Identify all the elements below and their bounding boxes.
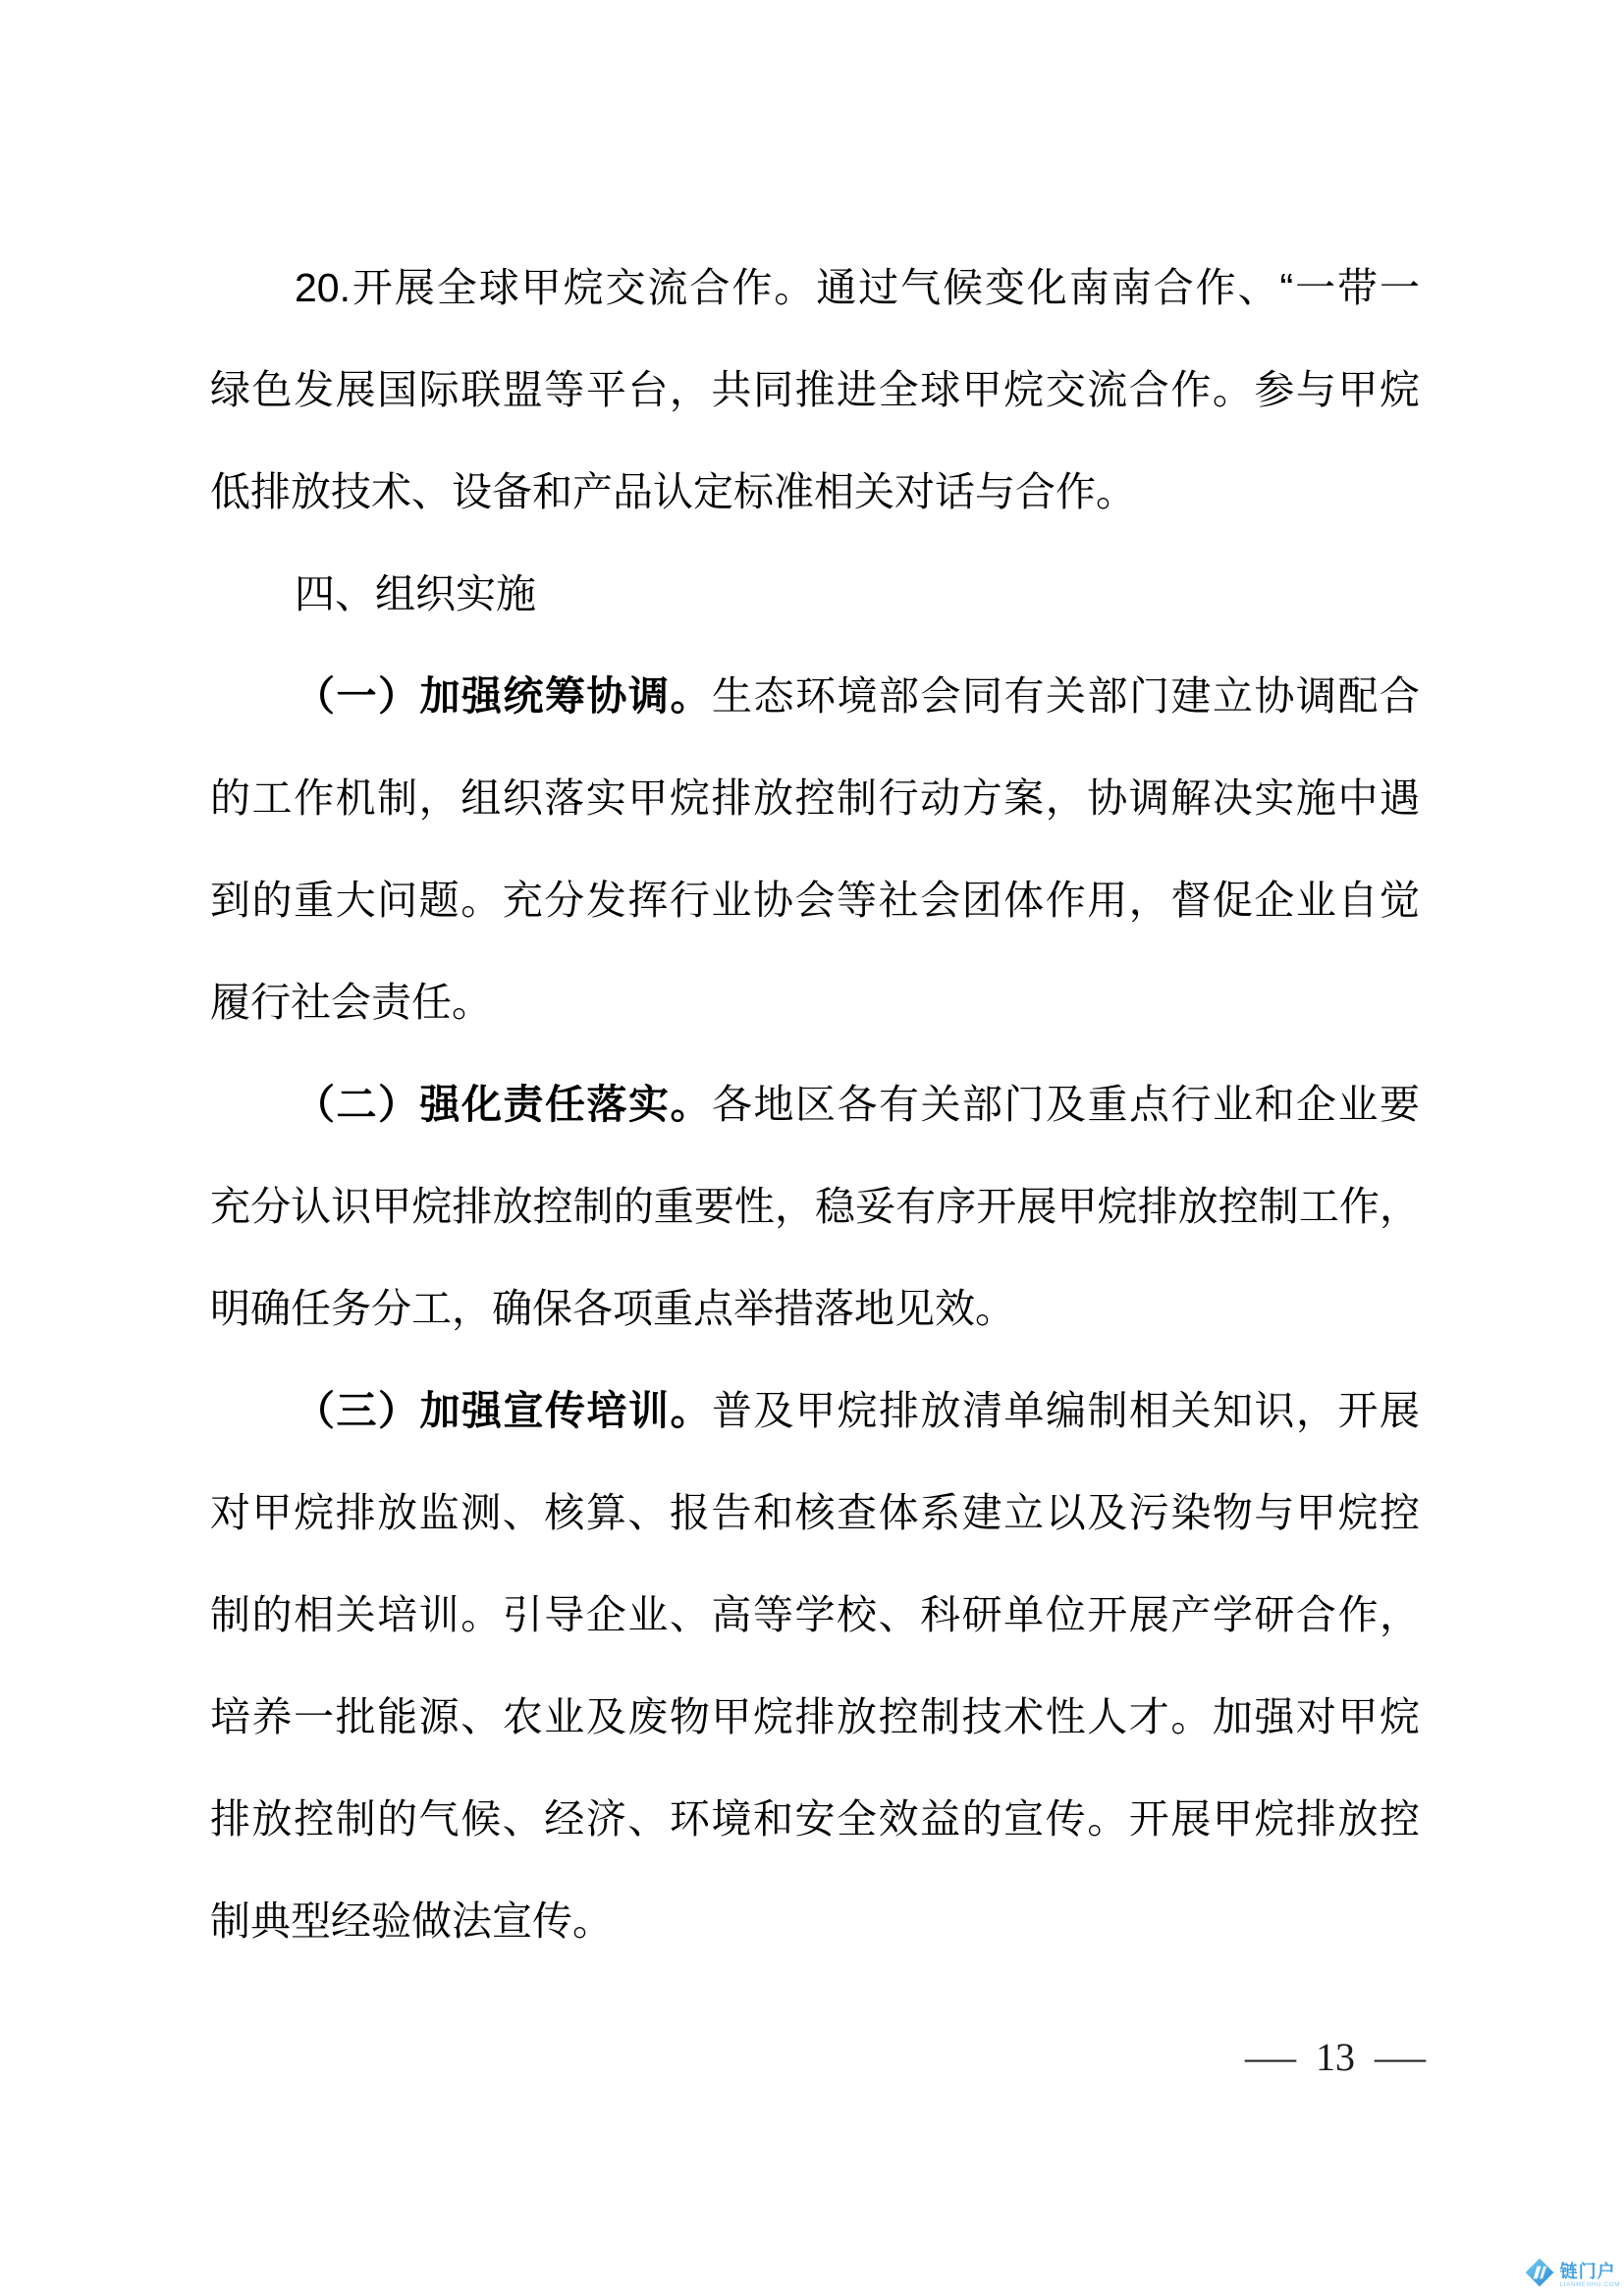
text-line: 制典型经验做法宣传。 [210,1870,1420,1972]
text-line: （三）加强宣传培训。普及甲烷排放清单编制相关知识，开展 [210,1360,1420,1462]
text-line: 排放控制的气候、经济、环境和安全效益的宣传。开展甲烷排放控 [210,1768,1420,1870]
text-line: （一）加强统筹协调。生态环境部会同有关部门建立协调配合 [210,645,1420,747]
text-run: 绿色发展国际联盟等平台，共同推进全球甲烷交流合作。参与甲烷 [210,367,1420,412]
text-run: 充分认识甲烷排放控制的重要性，稳妥有序开展甲烷排放控制工作， [210,1184,1420,1229]
site-watermark: 链门户 LIANMENHU.COM [1523,2257,1620,2293]
text-line: 明确任务分工，确保各项重点举措落地见效。 [210,1257,1420,1360]
text-run: 排放控制的气候、经济、环境和安全效益的宣传。开展甲烷排放控 [210,1796,1420,1842]
page-number: 13 [1316,2034,1355,2080]
watermark-text: 链门户 LIANMENHU.COM [1560,2263,1620,2288]
text-run: 制典型经验做法宣传。 [210,1898,613,1944]
text-line: 绿色发展国际联盟等平台，共同推进全球甲烷交流合作。参与甲烷 [210,339,1420,441]
text-run: 各地区各有关部门及重点行业和企业要 [712,1082,1420,1127]
text-line: 对甲烷排放监测、核算、报告和核查体系建立以及污染物与甲烷控 [210,1462,1420,1564]
bold-text-run: （二）强化责任落实。 [295,1082,712,1127]
text-run: 履行社会责任。 [210,980,492,1025]
text-line: 培养一批能源、农业及废物甲烷排放控制技术性人才。加强对甲烷 [210,1666,1420,1768]
text-run: 低排放技术、设备和产品认定标准相关对话与合作。 [210,469,1136,514]
footer-left-dash: — [1245,2034,1296,2080]
text-run: 对甲烷排放监测、核算、报告和核查体系建立以及污染物与甲烷控 [210,1490,1420,1535]
watermark-brand: 链门户 [1560,2263,1620,2280]
text-run: 生态环境部会同有关部门建立协调配合 [712,673,1420,719]
text-run: 普及甲烷排放清单编制相关知识，开展 [712,1388,1420,1433]
text-run: 培养一批能源、农业及废物甲烷排放控制技术性人才。加强对甲烷 [210,1694,1420,1739]
text-line: 履行社会责任。 [210,951,1420,1053]
text-run: 制的相关培训。引导企业、高等学校、科研单位开展产学研合作， [210,1592,1420,1637]
footer-right-dash: — [1375,2034,1426,2080]
text-run: 四、组织实施 [295,571,536,616]
text-line: 制的相关培训。引导企业、高等学校、科研单位开展产学研合作， [210,1564,1420,1666]
text-line: 的工作机制，组织落实甲烷排放控制行动方案，协调解决实施中遇 [210,747,1420,849]
watermark-domain: LIANMENHU.COM [1560,2282,1620,2288]
bold-text-run: （三）加强宣传培训。 [295,1388,712,1433]
text-line: 到的重大问题。充分发挥行业协会等社会团体作用，督促企业自觉 [210,849,1420,951]
text-run: 20.开展全球甲烷交流合作。通过气候变化南南合作、“一带一路” [210,265,1420,339]
diamond-logo-icon [1523,2257,1556,2293]
text-run: 的工作机制，组织落实甲烷排放控制行动方案，协调解决实施中遇 [210,775,1420,821]
text-line: 充分认识甲烷排放控制的重要性，稳妥有序开展甲烷排放控制工作， [210,1155,1420,1257]
text-run: 明确任务分工，确保各项重点举措落地见效。 [210,1286,1015,1331]
text-line: 低排放技术、设备和产品认定标准相关对话与合作。 [210,441,1420,543]
text-line: 20.开展全球甲烷交流合作。通过气候变化南南合作、“一带一路” [210,237,1420,339]
document-page: 20.开展全球甲烷交流合作。通过气候变化南南合作、“一带一路”绿色发展国际联盟等… [0,0,1624,2296]
text-line: （二）强化责任落实。各地区各有关部门及重点行业和企业要 [210,1053,1420,1155]
page-footer: —13— [210,2034,1420,2080]
document-body: 20.开展全球甲烷交流合作。通过气候变化南南合作、“一带一路”绿色发展国际联盟等… [210,237,1420,1972]
bold-text-run: （一）加强统筹协调。 [295,673,712,719]
text-run: 到的重大问题。充分发挥行业协会等社会团体作用，督促企业自觉 [210,878,1420,923]
section-heading: 四、组织实施 [210,543,1420,645]
